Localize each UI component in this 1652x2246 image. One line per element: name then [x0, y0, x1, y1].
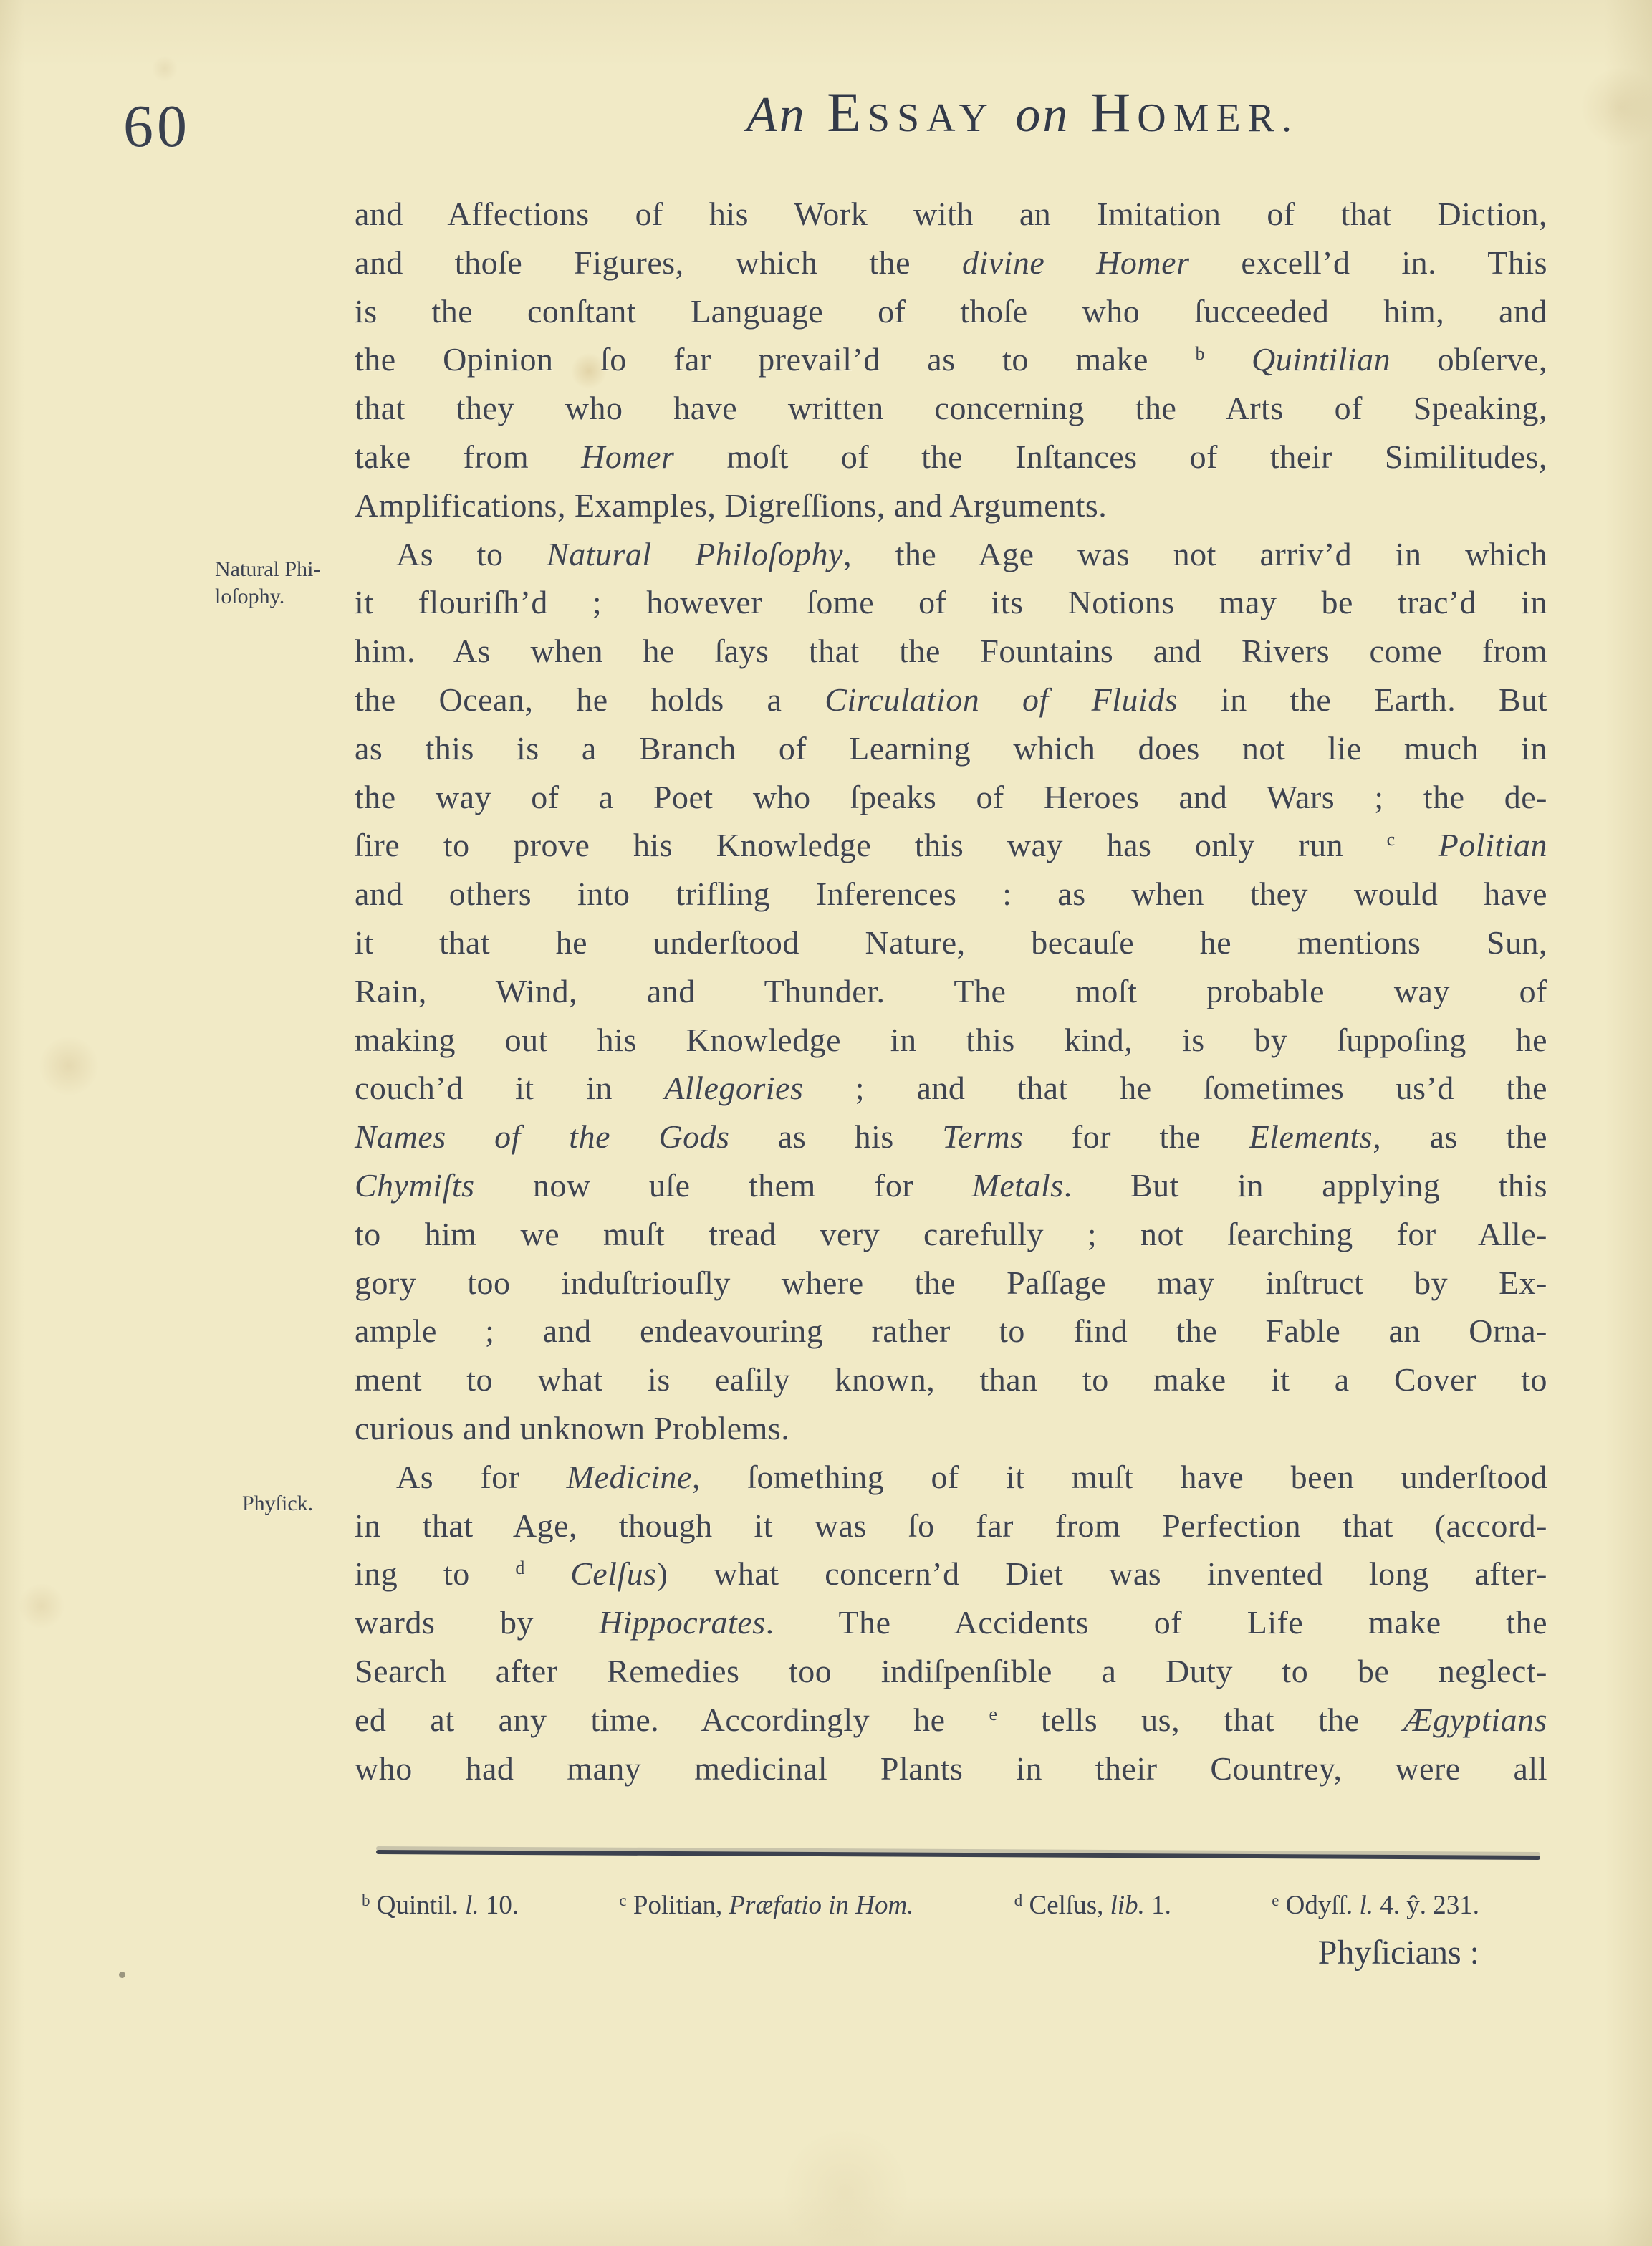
text-segment — [1395, 827, 1439, 863]
text-line: Rain, Wind, and Thunder. The moſt probab… — [355, 972, 1547, 1021]
text-line: curious and unknown Problems. — [355, 1409, 1547, 1458]
text-segment: Names of the Gods — [355, 1118, 730, 1155]
text-segment: divine Homer — [962, 244, 1190, 281]
text-segment: is the conſtant Language of thoſe who ſu… — [355, 293, 1547, 330]
text-segment: as his — [730, 1118, 943, 1155]
text-segment: . But in applying this — [1064, 1167, 1547, 1204]
text-line: couch’d it in Allegories ; and that he ſ… — [355, 1069, 1547, 1118]
text-segment: in that Age, though it was ſo far from P… — [355, 1507, 1547, 1544]
text-segment: couch’d it in — [355, 1070, 664, 1106]
text-segment: curious and unknown Problems. — [355, 1410, 789, 1446]
text-line: As for Medicine, ſomething of it muſt ha… — [355, 1458, 1547, 1507]
text-segment: As to — [396, 536, 547, 572]
text-segment: Odyſſ. — [1279, 1891, 1359, 1920]
text-segment: l. — [1359, 1891, 1373, 1920]
text-segment: Allegories — [664, 1070, 803, 1106]
text-segment: Natural Philoſophy — [547, 536, 843, 572]
text-segment: for the — [1024, 1118, 1249, 1155]
footnote-marker: b — [362, 1891, 370, 1909]
book-page: 60 An ESSAY on HOMER. Natural Phi-loſoph… — [0, 0, 1652, 2246]
page-title: An ESSAY on HOMER. — [426, 80, 1619, 145]
text-segment: the Opinion ſo far prevail’d as to make — [355, 341, 1195, 378]
text-segment: in the Earth. But — [1178, 681, 1547, 718]
text-line: him. As when he ſays that the Fountains … — [355, 632, 1547, 681]
text-segment: Politian — [1439, 827, 1547, 863]
text-line: wards by Hippocrates. The Accidents of L… — [355, 1603, 1547, 1652]
text-segment: lib. — [1110, 1891, 1145, 1920]
text-segment: Politian, — [627, 1891, 729, 1920]
text-segment: 10. — [479, 1891, 519, 1920]
text-segment: Hippocrates — [599, 1604, 766, 1641]
text-segment: Quintil. — [370, 1891, 466, 1920]
text-segment: ment to what is eaſily known, than to ma… — [355, 1361, 1547, 1398]
text-segment: Circulation of Fluids — [825, 681, 1178, 718]
footnote: b Quintil. l. 10. — [362, 1890, 519, 1921]
text-segment: . The Accidents of Life make the — [766, 1604, 1547, 1641]
text-segment: it that he underſtood Nature, becauſe he… — [355, 924, 1547, 961]
text-segment: Celſus — [570, 1555, 657, 1592]
text-segment: Quintilian — [1252, 341, 1391, 378]
text-line: ing to d Celſus) what concern’d Diet was… — [355, 1555, 1547, 1603]
text-line: ample ; and endeavouring rather to find … — [355, 1312, 1547, 1360]
text-line: it flouriſh’d ; however ſome of its Noti… — [355, 583, 1547, 632]
text-segment: who had many medicinal Plants in their C… — [355, 1750, 1547, 1787]
text-segment: him. As when he ſays that the Fountains … — [355, 633, 1547, 669]
text-line: gory too induſtriouſly where the Paſſage… — [355, 1264, 1547, 1312]
text-segment: and others into trifling Inferences : as… — [355, 875, 1547, 912]
page-number: 60 — [123, 92, 191, 161]
text-segment: Amplifications, Examples, Digreſſions, a… — [355, 487, 1107, 524]
footnote-marker: c — [619, 1891, 626, 1909]
text-segment: as this is a Branch of Learning which do… — [355, 730, 1547, 767]
text-segment: Rain, Wind, and Thunder. The moſt probab… — [355, 973, 1547, 1009]
footnote: e Odyſſ. l. 4. ŷ. 231. — [1272, 1890, 1479, 1921]
text-line: and thoſe Figures, which the divine Home… — [355, 244, 1547, 292]
text-line: take from Homer moſt of the Inſtances of… — [355, 438, 1547, 486]
text-segment: that they who have written concerning th… — [355, 390, 1547, 426]
text-segment: 4. ŷ. 231. — [1373, 1891, 1479, 1920]
text-segment: Celſus, — [1022, 1891, 1110, 1920]
text-segment: Chymiſts — [355, 1167, 475, 1204]
text-line: ed at any time. Accordingly he e tells u… — [355, 1701, 1547, 1750]
text-segment: making out his Knowledge in this kind, i… — [355, 1022, 1547, 1058]
text-line: and others into trifling Inferences : as… — [355, 875, 1547, 923]
text-segment — [1204, 341, 1252, 378]
text-segment: Terms — [942, 1118, 1023, 1155]
text-line: the way of a Poet who ſpeaks of Heroes a… — [355, 778, 1547, 827]
footnotes: b Quintil. l. 10.c Politian, Præfatio in… — [362, 1890, 1479, 1921]
text-segment: take from — [355, 438, 581, 475]
text-segment: ing to — [355, 1555, 515, 1592]
text-segment: Elements — [1249, 1118, 1373, 1155]
text-segment: moſt of the Inſtances of their Similitud… — [674, 438, 1547, 475]
margin-note-natural-philosophy: Natural Phi-loſophy. — [215, 556, 320, 610]
text-line: ment to what is eaſily known, than to ma… — [355, 1360, 1547, 1409]
text-segment: , ſomething of it muſt have been underſt… — [692, 1459, 1547, 1495]
text-segment: ed at any time. Accordingly he — [355, 1702, 989, 1738]
text-segment: SSAY — [868, 96, 995, 140]
text-segment — [524, 1555, 570, 1592]
text-segment: OMER. — [1137, 96, 1299, 140]
margin-note-physick: Phyſick. — [242, 1490, 313, 1517]
text-segment: Medicine — [567, 1459, 692, 1495]
text-line: in that Age, though it was ſo far from P… — [355, 1507, 1547, 1555]
text-segment — [807, 81, 827, 143]
margin-note-line: loſophy. — [215, 585, 284, 608]
text-segment: the Ocean, he holds a — [355, 681, 825, 718]
text-segment: on — [1015, 87, 1070, 143]
text-segment: ; and that he ſometimes us’d the — [803, 1070, 1547, 1106]
text-segment: and Affections of his Work with an Imita… — [355, 196, 1547, 232]
text-segment: ) what concern’d Diet was invented long … — [657, 1555, 1547, 1592]
catchword: Phyſicians : — [355, 1933, 1479, 1972]
text-segment: , the Age was not arriv’d in which — [843, 536, 1547, 572]
text-line: that they who have written concerning th… — [355, 389, 1547, 438]
text-segment: E — [827, 81, 868, 143]
text-segment: l. — [465, 1891, 479, 1920]
text-segment: Search after Remedies too indiſpenſible … — [355, 1653, 1547, 1689]
text-segment — [1070, 81, 1090, 143]
text-segment: ample ; and endeavouring rather to find … — [355, 1312, 1547, 1349]
text-line: As to Natural Philoſophy, the Age was no… — [355, 535, 1547, 584]
text-line: Search after Remedies too indiſpenſible … — [355, 1652, 1547, 1701]
margin-note-line: Natural Phi- — [215, 557, 320, 581]
text-segment: to him we muſt tread very carefully ; no… — [355, 1216, 1547, 1252]
text-segment: excell’d in. This — [1189, 244, 1547, 281]
text-segment: now uſe them for — [475, 1167, 972, 1204]
text-line: who had many medicinal Plants in their C… — [355, 1750, 1547, 1798]
text-segment: tells us, that the — [997, 1702, 1403, 1738]
text-line: is the conſtant Language of thoſe who ſu… — [355, 292, 1547, 341]
text-line: Chymiſts now uſe them for Metals. But in… — [355, 1166, 1547, 1215]
text-line: the Opinion ſo far prevail’d as to make … — [355, 340, 1547, 389]
footnote-marker: c — [1387, 829, 1396, 850]
text-segment: wards by — [355, 1604, 599, 1641]
text-segment: and thoſe Figures, which the — [355, 244, 962, 281]
footnote: d Celſus, lib. 1. — [1014, 1890, 1171, 1921]
text-line: ſire to prove his Knowledge this way has… — [355, 826, 1547, 875]
text-segment: the way of a Poet who ſpeaks of Heroes a… — [355, 779, 1547, 815]
body-text: and Affections of his Work with an Imita… — [355, 195, 1547, 1798]
ink-spot — [119, 1972, 125, 1978]
text-segment — [995, 81, 1016, 143]
footnote-marker: b — [1195, 343, 1204, 364]
text-segment: gory too induſtriouſly where the Paſſage… — [355, 1264, 1547, 1301]
footnote: c Politian, Præfatio in Hom. — [619, 1890, 913, 1921]
text-segment: Homer — [581, 438, 674, 475]
text-line: Amplifications, Examples, Digreſſions, a… — [355, 486, 1547, 535]
text-line: as this is a Branch of Learning which do… — [355, 729, 1547, 778]
text-segment: An — [746, 87, 807, 143]
text-segment: As for — [396, 1459, 567, 1495]
footnote-marker: d — [515, 1558, 524, 1578]
margin-note-line: Phyſick. — [242, 1492, 313, 1515]
text-segment: 1. — [1145, 1891, 1171, 1920]
text-segment: , as the — [1373, 1118, 1547, 1155]
text-line: Names of the Gods as his Terms for the E… — [355, 1118, 1547, 1166]
text-segment: H — [1090, 81, 1137, 143]
text-segment: Ægyptians — [1403, 1702, 1547, 1738]
text-line: it that he underſtood Nature, becauſe he… — [355, 923, 1547, 972]
footnote-marker: e — [1272, 1891, 1279, 1909]
footnote-rule — [376, 1850, 1540, 1860]
text-line: and Affections of his Work with an Imita… — [355, 195, 1547, 244]
text-segment: obſerve, — [1391, 341, 1547, 378]
text-line: to him we muſt tread very carefully ; no… — [355, 1215, 1547, 1264]
text-segment: ſire to prove his Knowledge this way has… — [355, 827, 1387, 863]
text-line: the Ocean, he holds a Circulation of Flu… — [355, 681, 1547, 729]
footnote-marker: e — [989, 1704, 998, 1724]
text-segment: Præfatio in Hom. — [729, 1891, 914, 1920]
text-line: making out his Knowledge in this kind, i… — [355, 1021, 1547, 1070]
text-segment: Metals — [972, 1167, 1064, 1204]
text-segment: it flouriſh’d ; however ſome of its Noti… — [355, 584, 1547, 620]
footnote-marker: d — [1014, 1891, 1023, 1909]
